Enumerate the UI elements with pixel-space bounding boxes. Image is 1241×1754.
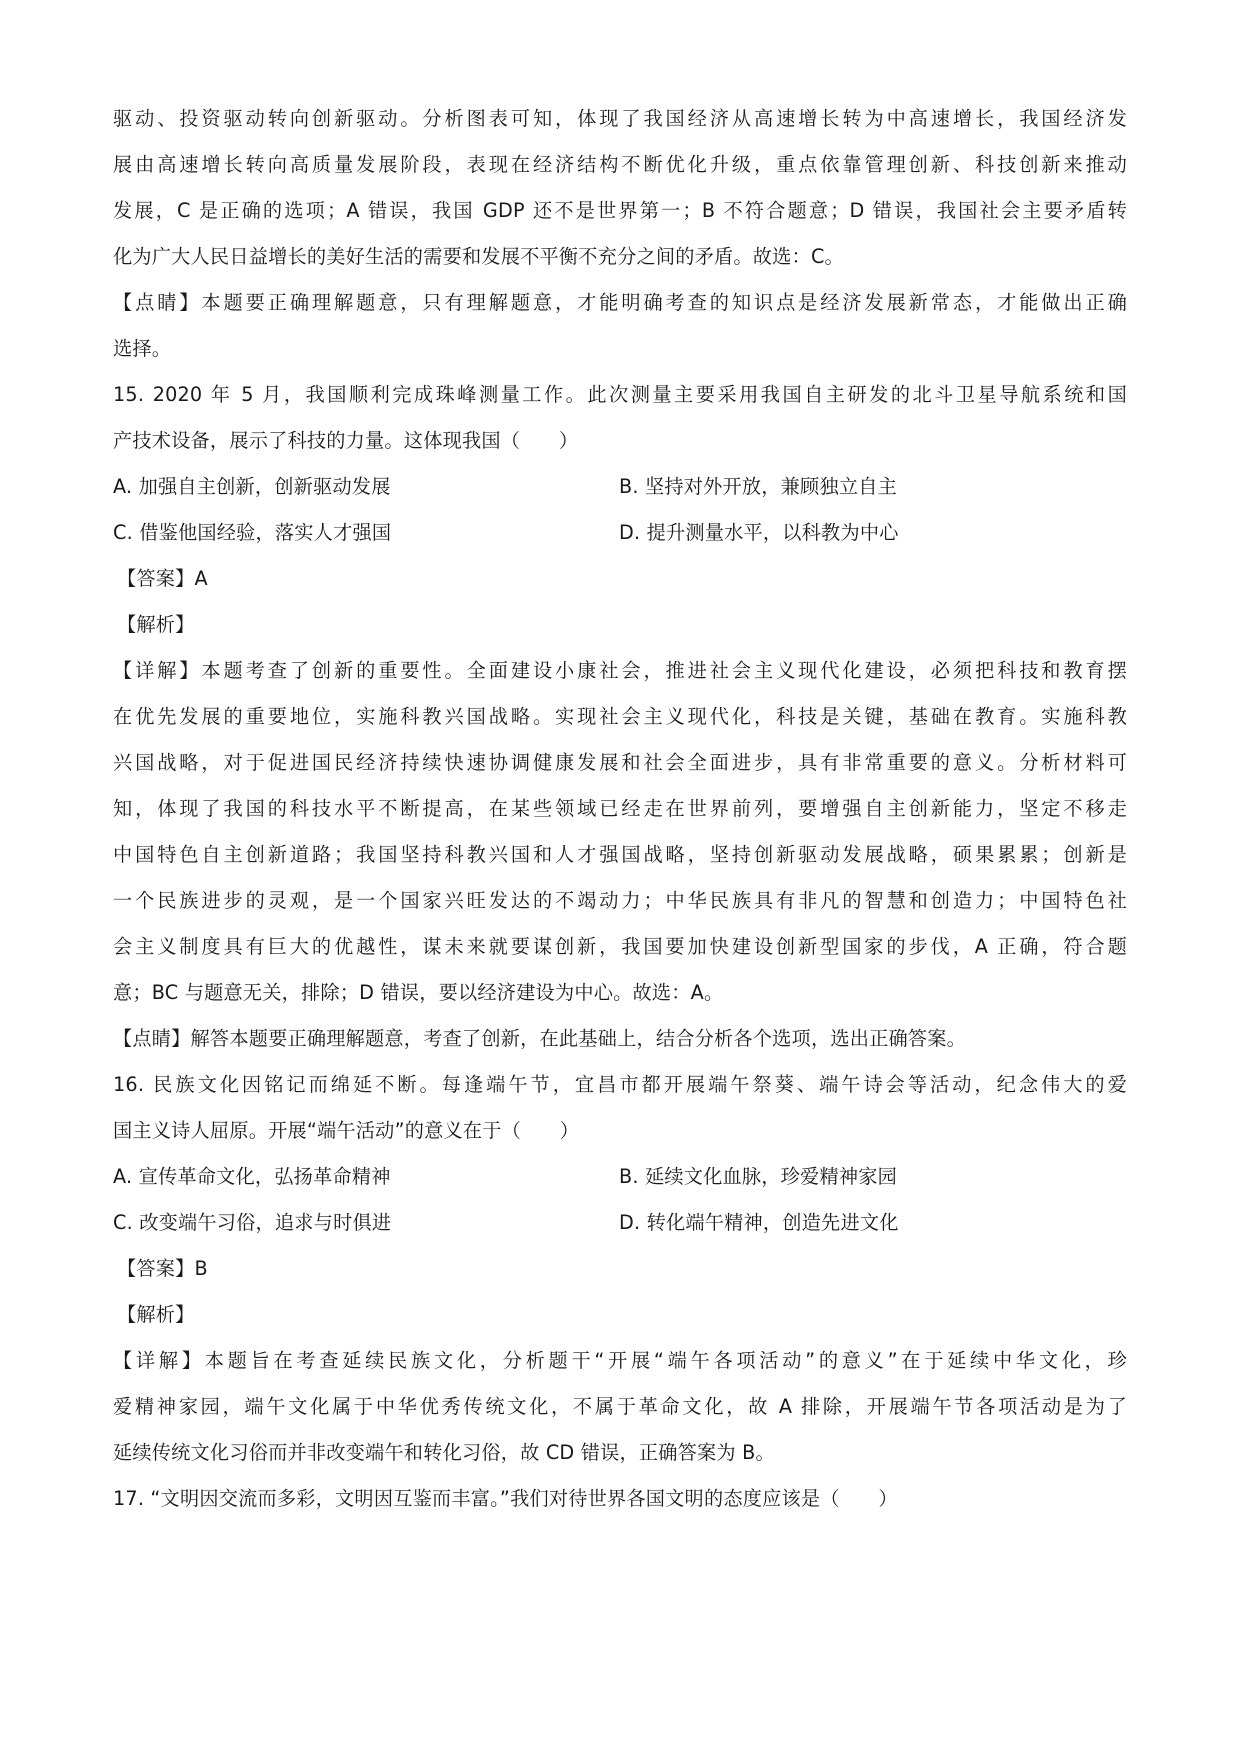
dianjing-line: 【点睛】本题要正确理解题意，只有理解题意，才能明确考查的知识点是经济发展新常态，… — [113, 280, 1127, 326]
paragraph-line: 化为广大人民日益增长的美好生活的需要和发展不平衡不充分之间的矛盾。故选：C。 — [113, 234, 1127, 280]
options-row: C. 改变端午习俗，追求与时俱进 D. 转化端午精神，创造先进文化 — [113, 1200, 1127, 1246]
detail-line: 意；BC 与题意无关，排除；D 错误，要以经济建设为中心。故选：A。 — [113, 970, 1127, 1016]
detail-line: 爱精神家园，端午文化属于中华优秀传统文化，不属于革命文化，故 A 排除，开展端午… — [113, 1384, 1127, 1430]
detail-line: 兴国战略，对于促进国民经济持续快速协调健康发展和社会全面进步，具有非常重要的意义… — [113, 740, 1127, 786]
options-row: A. 宣传革命文化，弘扬革命精神 B. 延续文化血脉，珍爱精神家园 — [113, 1154, 1127, 1200]
paragraph-line: 发展，C 是正确的选项；A 错误，我国 GDP 还不是世界第一；B 不符合题意；… — [113, 188, 1127, 234]
detail-line: 【详解】本题考查了创新的重要性。全面建设小康社会，推进社会主义现代化建设，必须把… — [113, 648, 1127, 694]
option-a: A. 宣传革命文化，弘扬革命精神 — [113, 1154, 619, 1200]
detail-line: 中国特色自主创新道路；我国坚持科教兴国和人才强国战略，坚持创新驱动发展战略，硕果… — [113, 832, 1127, 878]
question-17-stem: 17. “文明因交流而多彩，文明因互鉴而丰富。”我们对待世界各国文明的态度应该是… — [113, 1476, 1127, 1522]
option-d: D. 转化端午精神，创造先进文化 — [619, 1200, 1125, 1246]
paragraph-line: 展由高速增长转向高质量发展阶段，表现在经济结构不断优化升级，重点依靠管理创新、科… — [113, 142, 1127, 188]
option-a: A. 加强自主创新，创新驱动发展 — [113, 464, 619, 510]
dianjing-line: 选择。 — [113, 326, 1127, 372]
option-c: C. 改变端午习俗，追求与时俱进 — [113, 1200, 619, 1246]
question-15-stem: 15. 2020 年 5 月，我国顺利完成珠峰测量工作。此次测量主要采用我国自主… — [113, 372, 1127, 418]
paragraph-line: 驱动、投资驱动转向创新驱动。分析图表可知，体现了我国经济从高速增长转为中高速增长… — [113, 96, 1127, 142]
question-16-stem: 16. 民族文化因铭记而绵延不断。每逢端午节，宜昌市都开展端午祭葵、端午诗会等活… — [113, 1062, 1127, 1108]
dianjing-line: 【点睛】解答本题要正确理解题意，考查了创新，在此基础上，结合分析各个选项，选出正… — [113, 1016, 1127, 1062]
options-row: C. 借鉴他国经验，落实人才强国 D. 提升测量水平，以科教为中心 — [113, 510, 1127, 556]
detail-line: 会主义制度具有巨大的优越性，谋未来就要谋创新，我国要加快建设创新型国家的步伐，A… — [113, 924, 1127, 970]
detail-line: 知，体现了我国的科技水平不断提高，在某些领域已经走在世界前列，要增强自主创新能力… — [113, 786, 1127, 832]
option-b: B. 延续文化血脉，珍爱精神家园 — [619, 1154, 1125, 1200]
detail-line: 在优先发展的重要地位，实施科教兴国战略。实现社会主义现代化，科技是关键，基础在教… — [113, 694, 1127, 740]
options-row: A. 加强自主创新，创新驱动发展 B. 坚持对外开放，兼顾独立自主 — [113, 464, 1127, 510]
answer-label: 【答案】B — [113, 1246, 1127, 1292]
answer-label: 【答案】A — [113, 556, 1127, 602]
detail-line: 延续传统文化习俗而并非改变端午和转化习俗，故 CD 错误，正确答案为 B。 — [113, 1430, 1127, 1476]
analysis-label: 【解析】 — [113, 1292, 1127, 1338]
option-c: C. 借鉴他国经验，落实人才强国 — [113, 510, 619, 556]
document-page: 驱动、投资驱动转向创新驱动。分析图表可知，体现了我国经济从高速增长转为中高速增长… — [113, 96, 1127, 1522]
question-15-stem: 产技术设备，展示了科技的力量。这体现我国（ ） — [113, 418, 1127, 464]
question-16-stem: 国主义诗人屈原。开展“端午活动”的意义在于（ ） — [113, 1108, 1127, 1154]
detail-line: 【详解】本题旨在考查延续民族文化，分析题干“开展“端午各项活动”的意义”在于延续… — [113, 1338, 1127, 1384]
option-b: B. 坚持对外开放，兼顾独立自主 — [619, 464, 1125, 510]
detail-line: 一个民族进步的灵观，是一个国家兴旺发达的不竭动力；中华民族具有非凡的智慧和创造力… — [113, 878, 1127, 924]
analysis-label: 【解析】 — [113, 602, 1127, 648]
option-d: D. 提升测量水平，以科教为中心 — [619, 510, 1125, 556]
